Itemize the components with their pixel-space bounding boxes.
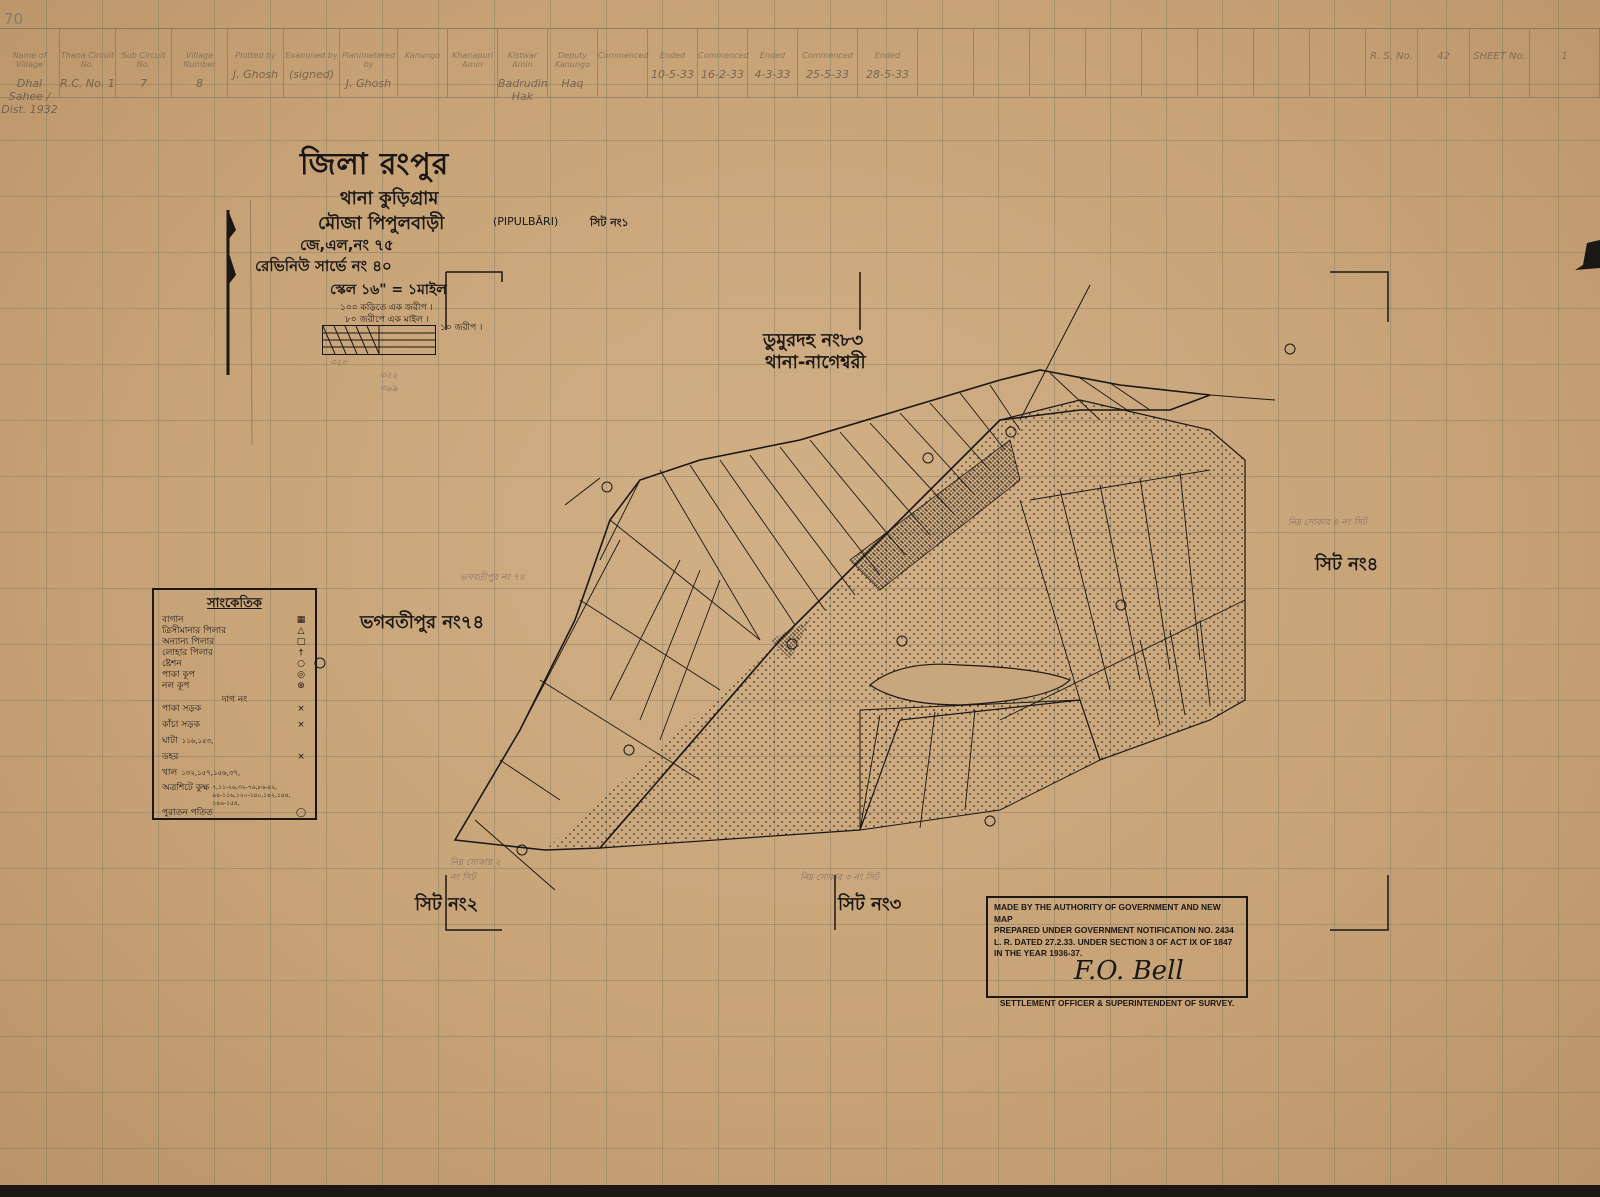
- legend-plot-no-heading: দাগ নং: [154, 692, 315, 704]
- stippled-char-land-area: [545, 400, 1245, 850]
- authority-line-3: L. R. DATED 27.2.33. UNDER SECTION 3 OF …: [994, 937, 1240, 949]
- square-icon: □: [295, 637, 307, 648]
- legend-label: ঘাটা: [162, 736, 178, 752]
- legend-label: খাল: [162, 768, 177, 784]
- legend-label: কাঁচা সড়ক: [162, 720, 200, 736]
- south-west-boundary-label: সিট নং২: [415, 890, 478, 921]
- south-boundary-label: সিট নং৩: [838, 890, 901, 921]
- legend-title: সাংকেতিক: [154, 594, 315, 615]
- legend-item-other-pillar: অন্যান্য পিলার□: [154, 637, 315, 648]
- pencil-note-east: নিম্ন সোকার ৪ নং সিট: [1288, 515, 1367, 530]
- west-boundary-label: ভগবতীপুর নং৭৪: [360, 608, 484, 639]
- legend-label: বাগান: [162, 615, 184, 626]
- garden-icon: ▦: [295, 615, 307, 626]
- legend-label: নল কূপ: [162, 681, 189, 692]
- pencil-note-south: নিম্ন সোকার ৩ নং সিট: [800, 870, 879, 885]
- bullseye-icon: ◎: [295, 670, 307, 681]
- legend-item-station: ষ্টেশন○: [154, 659, 315, 670]
- legend-item-canal: খাল১৩২,১৫৭,১৫৬,৩৭,: [154, 768, 315, 784]
- legend-item-ghata: ঘাটা১১৬,১৫৩,: [154, 736, 315, 752]
- legend-label: পাকা সড়ক: [162, 704, 201, 720]
- legend-value: ৭,১১-২৬,৩২-৭৬,৮৬-৯২, ৯৪-১১৬,১২০-১৪০,১৪২,…: [212, 784, 307, 808]
- legend-label: পুরাতন পতিত: [162, 808, 213, 824]
- legend-item-tri-junction-pillar: ত্রিসীমানার পিলার△: [154, 626, 315, 637]
- authority-certification-box: MADE BY THE AUTHORITY OF GOVERNMENT AND …: [986, 896, 1248, 998]
- east-boundary-label: সিট নং৪: [1315, 550, 1378, 581]
- pencil-note-south-west: নিম্ন সোকার ২ নং সিট: [450, 855, 510, 885]
- triangle-icon: △: [295, 626, 307, 637]
- legend-label: পাকা কূপ: [162, 670, 195, 681]
- cross-icon: ×: [295, 752, 307, 768]
- cross-icon: ×: [295, 704, 307, 720]
- oval-icon: ◯: [295, 808, 307, 824]
- legend-item-garden: বাগান▦: [154, 615, 315, 626]
- torn-edge-mark: [1575, 240, 1600, 280]
- map-sheet: 70 Name of Village Dhal Sahee / Dist. 19…: [0, 0, 1600, 1188]
- dagger-icon: †: [295, 648, 307, 659]
- legend-item-dahar: ডহর×: [154, 752, 315, 768]
- legend-value: ১৩২,১৫৭,১৫৬,৩৭,: [181, 768, 240, 784]
- legend-item-pucca-road: পাকা সড়ক×: [154, 704, 315, 720]
- legend-label: লোহার পিলার: [162, 648, 213, 659]
- circle-icon: ○: [295, 659, 307, 670]
- legend-label: অন্যান্য পিলার: [162, 637, 214, 648]
- map-legend: সাংকেতিক বাগান▦ ত্রিসীমানার পিলার△ অন্যা…: [152, 588, 317, 820]
- legend-label: ষ্টেশন: [162, 659, 182, 670]
- authority-line-2: PREPARED UNDER GOVERNMENT NOTIFICATION N…: [994, 925, 1240, 937]
- legend-label: ডহর: [162, 752, 178, 768]
- legend-item-old-fallow: পুরাতন পতিত◯: [154, 808, 315, 824]
- cross-icon: ×: [295, 720, 307, 736]
- scan-background-edge: [0, 1185, 1600, 1197]
- circled-x-icon: ⊗: [295, 681, 307, 692]
- legend-item-pucca-well: পাকা কূপ◎: [154, 670, 315, 681]
- legend-item-kutcha-road: কাঁচা সড়ক×: [154, 720, 315, 736]
- officer-signature: F.O. Bell: [1074, 966, 1240, 996]
- legend-value: ১১৬,১৫৩,: [182, 736, 214, 752]
- legend-item-tube-well: নল কূপ⊗: [154, 681, 315, 692]
- legend-label: অত্রশিটে কুক্ষ: [162, 784, 209, 792]
- legend-item-cultivated: অত্রশিটে কুক্ষ৭,১১-২৬,৩২-৭৬,৮৬-৯২, ৯৪-১১…: [154, 784, 315, 808]
- authority-footer: SETTLEMENT OFFICER & SUPERINTENDENT OF S…: [994, 998, 1240, 1010]
- legend-item-iron-pillar: লোহার পিলার†: [154, 648, 315, 659]
- authority-line-1: MADE BY THE AUTHORITY OF GOVERNMENT AND …: [994, 902, 1240, 925]
- legend-label: ত্রিসীমানার পিলার: [162, 626, 226, 637]
- pencil-note-west: ভগবতীপুর নং ৭৪: [460, 570, 525, 585]
- north-boundary-thana-label: থানা-নাগেশ্বরী: [765, 348, 866, 379]
